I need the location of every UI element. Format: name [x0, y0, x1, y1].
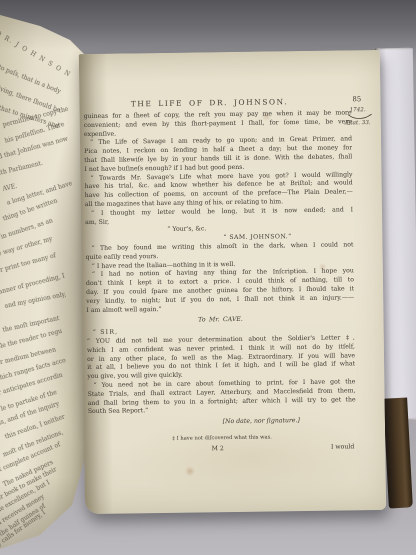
body-lines: guineas for a ſheet of copy, the reſt yo… [84, 109, 357, 444]
text-line: [No date, nor ſignature.] [88, 416, 356, 429]
signature-mark: M 2 [212, 445, 224, 452]
page-number: 85 [352, 95, 378, 103]
recto-page: THE LIFE OF DR. JOHNSON. 85 1742. Ætat. … [79, 50, 386, 514]
margin-year: 1742. [350, 107, 379, 113]
book-photo: D R. J O H N S O Nto paſs, that in a bod… [0, 0, 416, 555]
catchword: I would [331, 443, 354, 450]
signature-row: M 2 I would [88, 443, 356, 456]
text-column: guineas for a ſheet of copy, the reſt yo… [84, 109, 357, 455]
running-header: THE LIFE OF DR. JOHNSON. [83, 97, 335, 110]
